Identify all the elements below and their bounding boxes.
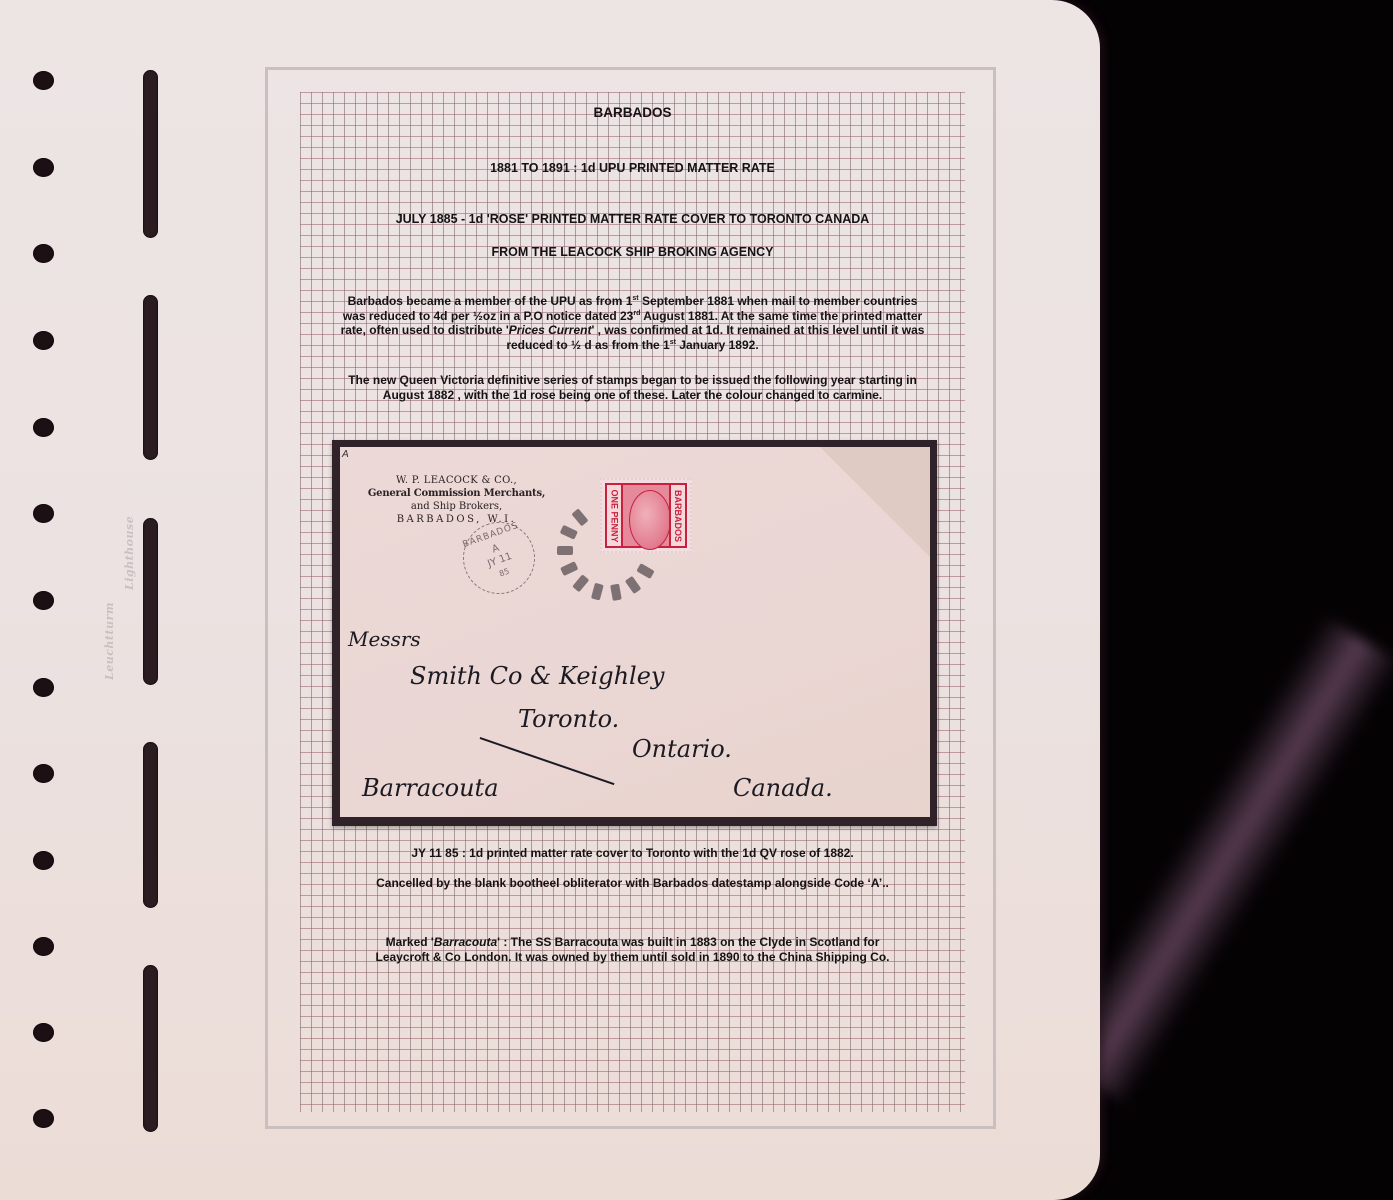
caption-barracouta: Marked 'Barracouta' : The SS Barracouta … — [300, 935, 965, 964]
series-line-1: The new Queen Victoria definitive series… — [300, 373, 965, 388]
letterhead-trade-2: and Ship Brokers, — [364, 500, 549, 513]
binder-hole — [33, 937, 54, 956]
address-province: Ontario. — [632, 735, 732, 763]
binder-hole — [33, 71, 54, 90]
page-heading: JULY 1885 - 1d 'ROSE' PRINTED MATTER RAT… — [300, 212, 965, 227]
binder-hole — [33, 678, 54, 697]
stamp-design: ONE PENNY BARBADOS — [605, 483, 687, 548]
light-reflection — [1049, 616, 1393, 1105]
binder-hole — [33, 504, 54, 523]
address-country: Canada. — [733, 774, 833, 802]
intro-line-1: Barbados became a member of the UPU as f… — [300, 294, 965, 309]
intro-paragraph: Barbados became a member of the UPU as f… — [300, 294, 965, 352]
page-subtitle: 1881 TO 1891 : 1d UPU PRINTED MATTER RAT… — [300, 161, 965, 176]
intro-line-2: was reduced to 4d per ½oz in a P.O notic… — [300, 309, 965, 324]
binder-slot — [143, 70, 158, 238]
stamp-country-panel: BARBADOS — [669, 485, 685, 546]
flap-shadow — [820, 447, 930, 557]
address-city: Toronto. — [518, 705, 619, 733]
barracouta-line-1: Marked 'Barracouta' : The SS Barracouta … — [300, 935, 965, 950]
corner-mark: A — [342, 449, 349, 460]
binder-hole — [33, 1023, 54, 1042]
binder-hole — [33, 244, 54, 263]
watermark-brand: Leuchtturm — [103, 602, 116, 680]
barracouta-line-2: Leaycroft & Co London. It was owned by t… — [300, 950, 965, 965]
binder-hole — [33, 591, 54, 610]
binder-hole — [33, 158, 54, 177]
intro-line-3: rate, often used to distribute 'Prices C… — [300, 323, 965, 338]
binder-hole — [33, 418, 54, 437]
caption-cover-description: JY 11 85 : 1d printed matter rate cover … — [300, 846, 965, 861]
underline-stroke — [480, 737, 615, 785]
binder-slot — [143, 965, 158, 1132]
intro-line-4: reduced to ½ d as from the 1st January 1… — [300, 338, 965, 353]
series-line-2: August 1882 , with the 1d rose being one… — [300, 388, 965, 403]
postage-stamp: ONE PENNY BARBADOS — [600, 478, 692, 553]
address-recipient: Smith Co & Keighley — [410, 662, 664, 690]
binder-slot — [143, 518, 158, 685]
page-title: BARBADOS — [300, 106, 965, 121]
binder-hole — [33, 851, 54, 870]
binder-slot — [143, 742, 158, 908]
binder-hole — [33, 764, 54, 783]
stamp-value-panel: ONE PENNY — [607, 485, 623, 546]
binder-hole — [33, 1109, 54, 1128]
address-salutation: Messrs — [348, 627, 421, 651]
caption-cancellation: Cancelled by the blank bootheel oblitera… — [300, 876, 965, 891]
ship-name: Barracouta — [362, 774, 499, 802]
postal-cover: A W. P. LEACOCK & CO., General Commissio… — [340, 447, 930, 817]
watermark-brand-english: Lighthouse — [123, 516, 136, 590]
letterhead-name: W. P. LEACOCK & CO., — [364, 474, 549, 487]
binder-slot — [143, 295, 158, 460]
letterhead-trade: General Commission Merchants, — [364, 487, 549, 500]
queen-victoria-portrait-icon — [629, 490, 671, 550]
page-subheading: FROM THE LEACOCK SHIP BROKING AGENCY — [300, 245, 965, 260]
series-paragraph: The new Queen Victoria definitive series… — [300, 373, 965, 402]
binder-hole — [33, 331, 54, 350]
album-page: Leuchtturm Lighthouse BARBADOS 1881 TO 1… — [0, 0, 1100, 1200]
